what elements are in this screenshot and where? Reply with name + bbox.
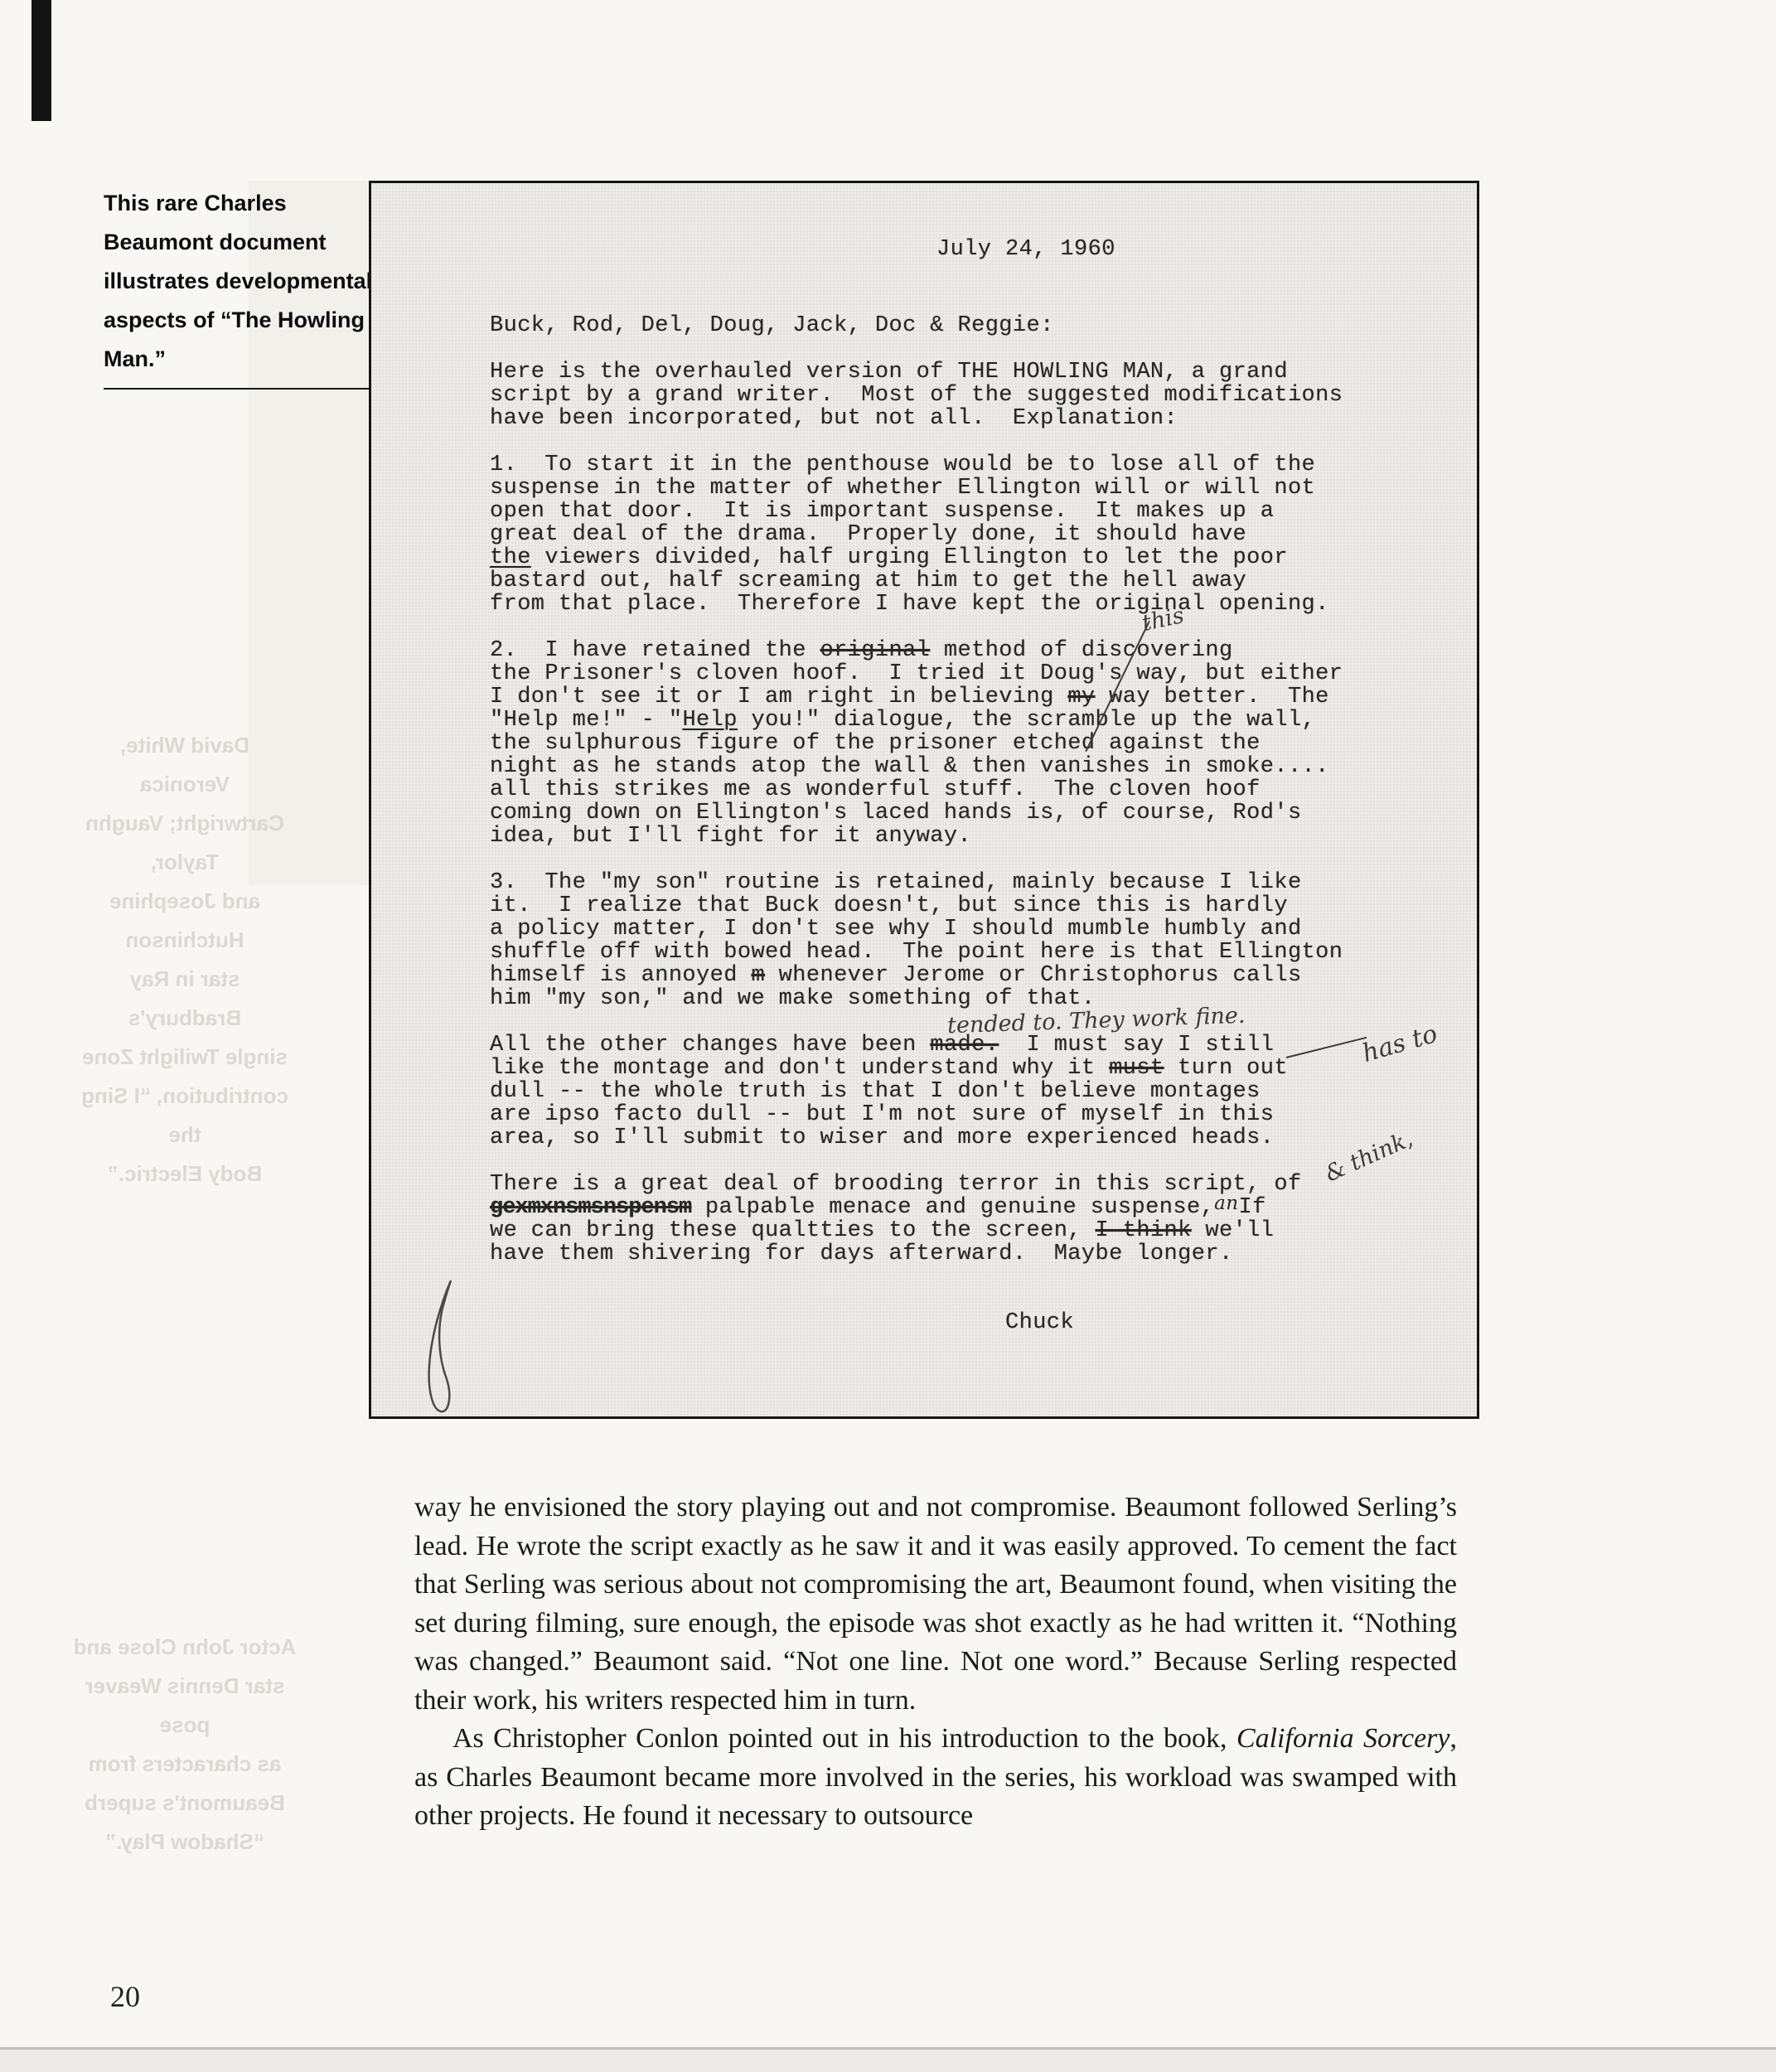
- ghost-caption-line: and Josephine Hutchinson: [73, 882, 297, 960]
- letter-text-segment: Buck, Rod, Del, Doug, Jack, Doc & Reggie…: [490, 313, 1054, 338]
- letter-line: have been incorporated, but not all. Exp…: [490, 407, 1431, 430]
- letter-text-segment: turn out: [1164, 1056, 1288, 1081]
- letter-text-segment: bastard out, half screaming at him to ge…: [490, 569, 1246, 593]
- letter-text-segment: 1. To start it in the penthouse would be…: [490, 453, 1315, 477]
- letter-block-date: July 24, 1960: [490, 238, 1431, 261]
- letter-line: 2. I have retained the original method o…: [490, 639, 1431, 662]
- ghost-caption-line: David White, Veronica: [73, 726, 297, 804]
- scan-artifact-mark: [31, 0, 51, 121]
- ghost-caption-line: Beaumont's superb: [73, 1784, 297, 1823]
- letter-line: dull -- the whole truth is that I don't …: [490, 1080, 1431, 1103]
- letter-block-para: All the other changes have been made. I …: [490, 1034, 1431, 1150]
- letter-text-segment: we can bring these qualtties to the scre…: [490, 1218, 1096, 1243]
- ghost-caption-line: contribution, “I Sing the: [73, 1077, 297, 1155]
- letter-text-segment: you!" dialogue, the scramble up the wall…: [738, 708, 1315, 733]
- page-edge-shadow: [0, 2050, 1776, 2072]
- letter-line: it. I realize that Buck doesn't, but sin…: [490, 894, 1431, 917]
- letter-line: shuffle off with bowed head. The point h…: [490, 941, 1431, 964]
- ghost-caption-line: Actor John Close and: [73, 1628, 297, 1667]
- letter-line: himself is annoyed m whenever Jerome or …: [490, 964, 1431, 987]
- letter-text-segment: a policy matter, I don't see why I shoul…: [490, 917, 1302, 942]
- letter-text-segment: the Prisoner's cloven hoof. I tried it D…: [490, 661, 1343, 686]
- letter-line: him "my son," and we make something of t…: [490, 987, 1431, 1010]
- letter-text-segment: script by a grand writer. Most of the su…: [490, 383, 1343, 408]
- letter-text-segment: night as he stands atop the wall & then …: [490, 754, 1329, 779]
- letter-text-segment: the sulphurous figure of the prisoner et…: [490, 731, 1261, 756]
- letter-text-segment: shuffle off with bowed head. The point h…: [490, 940, 1343, 965]
- page-number: 20: [110, 1979, 140, 2014]
- letter-text-segment: from that place. Therefore I have kept t…: [490, 592, 1329, 617]
- letter-text-segment: way better. The: [1096, 685, 1329, 709]
- letter-block-para: 1. To start it in the penthouse would be…: [490, 453, 1431, 616]
- letter-text-segment: If: [1238, 1195, 1265, 1220]
- letter-line: 1. To start it in the penthouse would be…: [490, 453, 1431, 477]
- ghost-caption-line: single Twilight Zone: [73, 1038, 297, 1077]
- letter-text-segment: I think: [1096, 1218, 1192, 1243]
- letter-line: open that door. It is important suspense…: [490, 500, 1431, 523]
- letter-text-segment: great deal of the drama. Properly done, …: [490, 522, 1246, 547]
- ghost-caption-line: “Shadow Play.”: [73, 1823, 297, 1861]
- letter-text-segment: coming down on Ellington's laced hands i…: [490, 801, 1302, 825]
- ghost-caption-line: star Dennis Weaver pose: [73, 1667, 297, 1745]
- letter-text-segment: method of discovering: [930, 638, 1232, 663]
- letter-line: we can bring these qualtties to the scre…: [490, 1219, 1431, 1242]
- letter-text-segment: 3. The "my son" routine is retained, mai…: [490, 870, 1302, 895]
- letter-text: July 24, 1960Buck, Rod, Del, Doug, Jack,…: [490, 238, 1431, 1334]
- letter-line: the sulphurous figure of the prisoner et…: [490, 732, 1431, 755]
- letter-line: coming down on Ellington's laced hands i…: [490, 801, 1431, 825]
- letter-text-segment: have them shivering for days afterward. …: [490, 1242, 1233, 1266]
- letter-line: Buck, Rod, Del, Doug, Jack, Doc & Reggie…: [490, 314, 1431, 337]
- handwritten-insert: an: [1214, 1193, 1238, 1214]
- letter-text-segment: him "my son," and we make something of t…: [490, 986, 1096, 1011]
- ghost-caption-line: as characters from: [73, 1745, 297, 1784]
- letter-line: area, so I'll submit to wiser and more e…: [490, 1126, 1431, 1150]
- letter-text-segment: my: [1067, 685, 1095, 709]
- letter-line: I don't see it or I am right in believin…: [490, 685, 1431, 709]
- body-paragraph: way he envisioned the story playing out …: [414, 1489, 1457, 1720]
- letter-line: script by a grand writer. Most of the su…: [490, 384, 1431, 407]
- caption-line: aspects of “The Howling: [104, 301, 390, 340]
- letter-text-segment: July 24, 1960: [936, 237, 1115, 262]
- letter-text-segment: I don't see it or I am right in believin…: [490, 685, 1067, 709]
- ghost-caption-line: star in Ray Bradbury's: [73, 960, 297, 1038]
- body-paragraph: As Christopher Conlon pointed out in his…: [414, 1720, 1457, 1836]
- body-text: way he envisioned the story playing out …: [414, 1489, 1457, 1836]
- letter-text-segment: gexmxnsmsnspensm: [490, 1195, 691, 1220]
- ghost-caption-line: Cartwright; Vaughn Taylor,: [73, 804, 297, 882]
- letter-line: bastard out, half screaming at him to ge…: [490, 569, 1431, 593]
- letter-text-segment: All the other changes have been: [490, 1033, 930, 1058]
- letter-line: 3. The "my son" routine is retained, mai…: [490, 871, 1431, 894]
- letter-text-segment: idea, but I'll fight for it anyway.: [490, 824, 971, 849]
- letter-text-segment: it. I realize that Buck doesn't, but sin…: [490, 893, 1288, 918]
- caption-line: Man.”: [104, 340, 390, 379]
- caption-rule: [104, 388, 379, 390]
- caption-line: This rare Charles: [104, 184, 390, 223]
- letter-text-segment: Here is the overhauled version of THE HO…: [490, 360, 1288, 385]
- letter-text-segment: Chuck: [1005, 1310, 1074, 1335]
- body-text-segment: As Christopher Conlon pointed out in his…: [452, 1723, 1236, 1754]
- letter-text-segment: all this strikes me as wonderful stuff. …: [490, 777, 1261, 802]
- letter-text-segment: palpable menace and genuine suspense,: [691, 1195, 1214, 1220]
- letter-text-segment: dull -- the whole truth is that I don't …: [490, 1079, 1261, 1104]
- letter-line: Here is the overhauled version of THE HO…: [490, 361, 1431, 384]
- letter-block-salutation: Buck, Rod, Del, Doug, Jack, Doc & Reggie…: [490, 314, 1431, 337]
- letter-block-sig: Chuck: [490, 1311, 1431, 1334]
- letter-line: There is a great deal of brooding terror…: [490, 1173, 1431, 1196]
- letter-line: all this strikes me as wonderful stuff. …: [490, 778, 1431, 801]
- caption-line: illustrates developmental: [104, 262, 390, 301]
- letter-line: have them shivering for days afterward. …: [490, 1242, 1431, 1266]
- letter-line: "Help me!" - "Help you!" dialogue, the s…: [490, 709, 1431, 732]
- letter-line: from that place. Therefore I have kept t…: [490, 593, 1431, 616]
- letter-text-segment: like the montage and don't understand wh…: [490, 1056, 1109, 1081]
- letter-text-segment: m: [751, 963, 765, 988]
- letter-line: July 24, 1960: [490, 238, 1431, 261]
- letter-line: the viewers divided, half urging Ellingt…: [490, 546, 1431, 569]
- letter-block-para: 3. The "my son" routine is retained, mai…: [490, 871, 1431, 1010]
- pen-scribble: [419, 1279, 465, 1420]
- letter-text-segment: himself is annoyed: [490, 963, 751, 988]
- letter-line: Chuck: [490, 1311, 1431, 1334]
- letter-text-segment: I must say I still: [999, 1033, 1274, 1058]
- letter-block-para: Here is the overhauled version of THE HO…: [490, 361, 1431, 430]
- letter-text-segment: the: [490, 545, 531, 570]
- ghost-caption-line: Body Electric.”: [73, 1155, 297, 1193]
- letter-line: gexmxnsmsnspensm palpable menace and gen…: [490, 1196, 1431, 1219]
- ghost-caption-reverse-page-1: David White, VeronicaCartwright; Vaughn …: [73, 726, 297, 1193]
- scanned-book-page: This rare CharlesBeaumont documentillust…: [0, 0, 1776, 2072]
- letter-block-para: There is a great deal of brooding terror…: [490, 1173, 1431, 1266]
- letter-text-segment: whenever Jerome or Christophorus calls: [765, 963, 1302, 988]
- typewritten-letter: July 24, 1960Buck, Rod, Del, Doug, Jack,…: [369, 181, 1479, 1419]
- caption-line: Beaumont document: [104, 223, 390, 262]
- letter-text-segment: 2. I have retained the: [490, 638, 820, 663]
- letter-text-segment: "Help me!" - ": [490, 708, 682, 733]
- letter-line: like the montage and don't understand wh…: [490, 1057, 1431, 1080]
- letter-text-segment: area, so I'll submit to wiser and more e…: [490, 1126, 1274, 1150]
- letter-line: suspense in the matter of whether Elling…: [490, 477, 1431, 500]
- letter-line: are ipso facto dull -- but I'm not sure …: [490, 1103, 1431, 1126]
- letter-text-segment: have been incorporated, but not all. Exp…: [490, 406, 1178, 431]
- sidebar-caption: This rare CharlesBeaumont documentillust…: [104, 184, 390, 379]
- body-text-segment: California Sorcery: [1236, 1723, 1450, 1754]
- letter-text-segment: There is a great deal of brooding terror…: [490, 1172, 1302, 1197]
- letter-line: night as he stands atop the wall & then …: [490, 755, 1431, 778]
- letter-line: the Prisoner's cloven hoof. I tried it D…: [490, 662, 1431, 685]
- letter-text-segment: are ipso facto dull -- but I'm not sure …: [490, 1102, 1274, 1127]
- letter-block-para: 2. I have retained the original method o…: [490, 639, 1431, 848]
- letter-text-segment: suspense in the matter of whether Elling…: [490, 476, 1315, 501]
- letter-text-segment: original: [820, 638, 930, 663]
- ghost-caption-reverse-page-2: Actor John Close andstar Dennis Weaver p…: [73, 1628, 297, 1861]
- letter-line: idea, but I'll fight for it anyway.: [490, 825, 1431, 848]
- letter-text-segment: we'll: [1192, 1218, 1275, 1243]
- letter-text-segment: viewers divided, half urging Ellington t…: [531, 545, 1288, 570]
- body-text-segment: way he envisioned the story playing out …: [414, 1492, 1457, 1716]
- letter-text-segment: Help: [682, 708, 737, 733]
- letter-line: great deal of the drama. Properly done, …: [490, 523, 1431, 546]
- letter-line: a policy matter, I don't see why I shoul…: [490, 917, 1431, 941]
- letter-text-segment: open that door. It is important suspense…: [490, 499, 1274, 524]
- letter-text-segment: must: [1109, 1056, 1164, 1081]
